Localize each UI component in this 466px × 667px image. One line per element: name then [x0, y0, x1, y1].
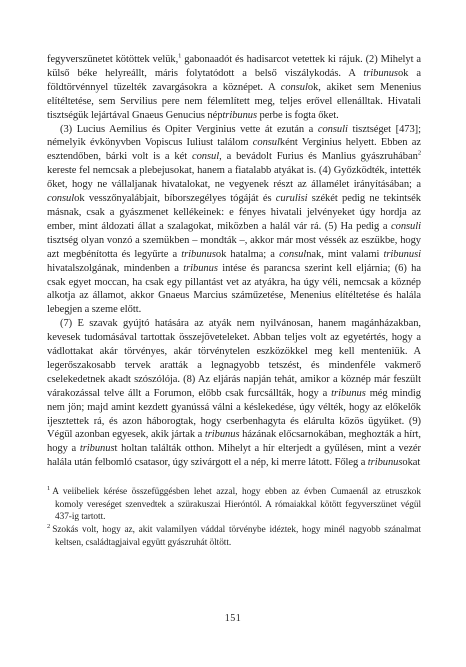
footnote-marker: 1	[47, 485, 50, 492]
italic-term: consul	[279, 249, 306, 260]
footnote: 2Szokás volt, hogy az, akit valamilyen v…	[47, 524, 421, 549]
italic-term: consuli	[318, 124, 348, 135]
text-run: kereste fel nemcsak a plebejusokat, hane…	[47, 165, 421, 190]
footnote-ref: 2	[418, 150, 421, 157]
text-run: hivatalszolgának, mindenben a	[47, 263, 183, 274]
text-run: , a bevádolt Furius és Manlius gyászruhá…	[219, 151, 418, 162]
text-run: ok vesszőnyalábjait, bíborszegélyes tógá…	[74, 193, 276, 204]
text-run: Szokás volt, hogy az, akit valamilyen vá…	[52, 525, 421, 548]
text-run: fegyverszünetet kötöttek velük,	[47, 54, 178, 65]
footnotes: 1A veiibeliek kérése összefüggésben lehe…	[47, 486, 421, 549]
paragraph: (3) Lucius Aemilius és Opiter Verginius …	[47, 123, 421, 318]
italic-term: tribunus	[331, 388, 366, 399]
book-page: fegyverszünetet kötöttek velük,1 gabonaa…	[0, 0, 466, 667]
italic-term: tribunus	[205, 429, 240, 440]
italic-term: tribunusi	[384, 249, 421, 260]
text-run: nak, mint valami	[306, 249, 383, 260]
italic-term: consul	[281, 82, 308, 93]
italic-term: tribunus	[181, 249, 216, 260]
text-run: okat	[402, 457, 420, 468]
italic-term: consul	[192, 151, 219, 162]
italic-term: tribunus	[222, 110, 257, 121]
italic-term: consul	[253, 137, 280, 148]
text-run: (7) E szavak gyújtó hatására az atyák ne…	[47, 318, 421, 399]
text-run: ok hatalma; a	[216, 249, 279, 260]
page-number: 151	[0, 613, 466, 624]
text-run: (3) Lucius Aemilius és Opiter Verginius …	[60, 124, 318, 135]
italic-term: consul	[47, 193, 74, 204]
text-run: perbe is fogta őket.	[257, 110, 339, 121]
main-text: fegyverszünetet kötöttek velük,1 gabonaa…	[47, 53, 421, 470]
italic-term: tribunus	[183, 263, 218, 274]
paragraph: (7) E szavak gyújtó hatására az atyák ne…	[47, 317, 421, 470]
italic-term: tribunus	[363, 68, 398, 79]
text-run: A veiibeliek kérése összefüggésben lehet…	[52, 487, 421, 522]
paragraph: fegyverszünetet kötöttek velük,1 gabonaa…	[47, 53, 421, 123]
italic-term: tribunus	[80, 443, 115, 454]
footnote: 1A veiibeliek kérése összefüggésben lehe…	[47, 486, 421, 524]
italic-term: curulisi	[276, 193, 308, 204]
italic-term: tribunus	[368, 457, 403, 468]
italic-term: consuli	[391, 221, 421, 232]
footnote-marker: 2	[47, 523, 50, 530]
